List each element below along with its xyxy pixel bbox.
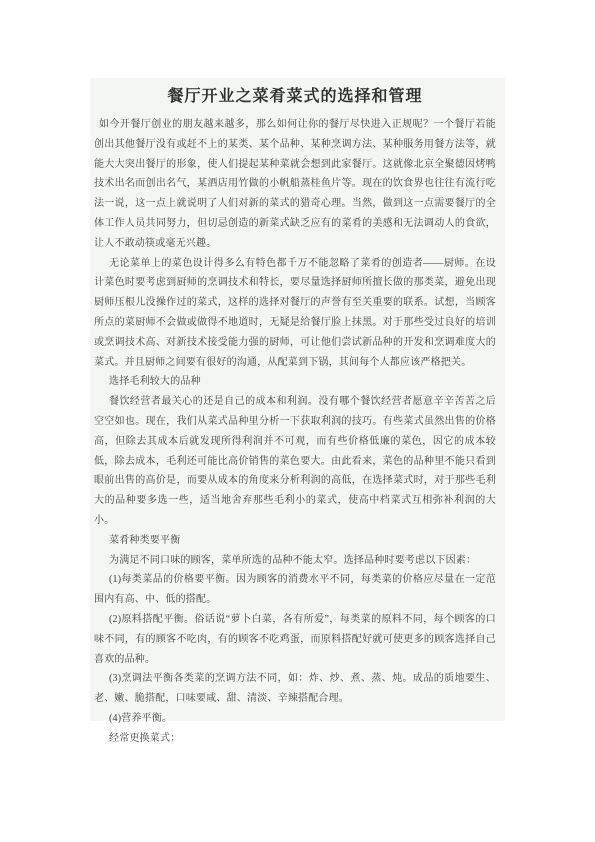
paragraph-intro: 如今开餐厅创业的朋友越来越多，那么如何让你的餐厅尽快进入正规呢？一个餐厅若能创出…: [94, 115, 496, 254]
list-item-price-balance: (1)每类菜品的价格要平衡。因为顾客的消费水平不同，每类菜的价格应尽量在一定范围…: [94, 570, 496, 610]
list-item-cooking-balance: (3)烹调法平衡各类菜的烹调方法不同，如：炸、炒、煮、蒸、炖。成品的质地要生、老…: [94, 669, 496, 709]
paragraph-change-menu: 经常更换菜式：: [94, 729, 496, 749]
page-title: 餐厅开业之菜肴菜式的选择和管理: [94, 87, 496, 106]
section-heading-balance: 菜肴种类要平衡: [94, 531, 496, 551]
paragraph-balance-intro: 为满足不同口味的顾客，菜单所选的品种不能太窄。选择品种时要考虑以下因素：: [94, 551, 496, 571]
document-page: 餐厅开业之菜肴菜式的选择和管理 如今开餐厅创业的朋友越来越多，那么如何让你的餐厅…: [90, 78, 505, 721]
paragraph-profit: 餐饮经营者最关心的还是自己的成本和利润。没有哪个餐饮经营者愿意辛辛苦苦之后空空如…: [94, 392, 496, 531]
list-item-ingredient-balance: (2)原料搭配平衡。俗话说“萝卜白菜，各有所爱”，每类菜的原料不同，每个顾客的口…: [94, 610, 496, 669]
document-canvas: 餐厅开业之菜肴菜式的选择和管理 如今开餐厅创业的朋友越来越多，那么如何让你的餐厅…: [0, 0, 595, 842]
paragraph-chef: 无论菜单上的菜色设计得多么有特色都千万不能忽略了菜肴的创造者——厨师。在设计菜色…: [94, 254, 496, 373]
list-item-nutrition-balance: (4)营养平衡。: [94, 709, 496, 729]
section-heading-profit: 选择毛利较大的品种: [94, 372, 496, 392]
document-body: 如今开餐厅创业的朋友越来越多，那么如何让你的餐厅尽快进入正规呢？一个餐厅若能创出…: [94, 115, 496, 749]
